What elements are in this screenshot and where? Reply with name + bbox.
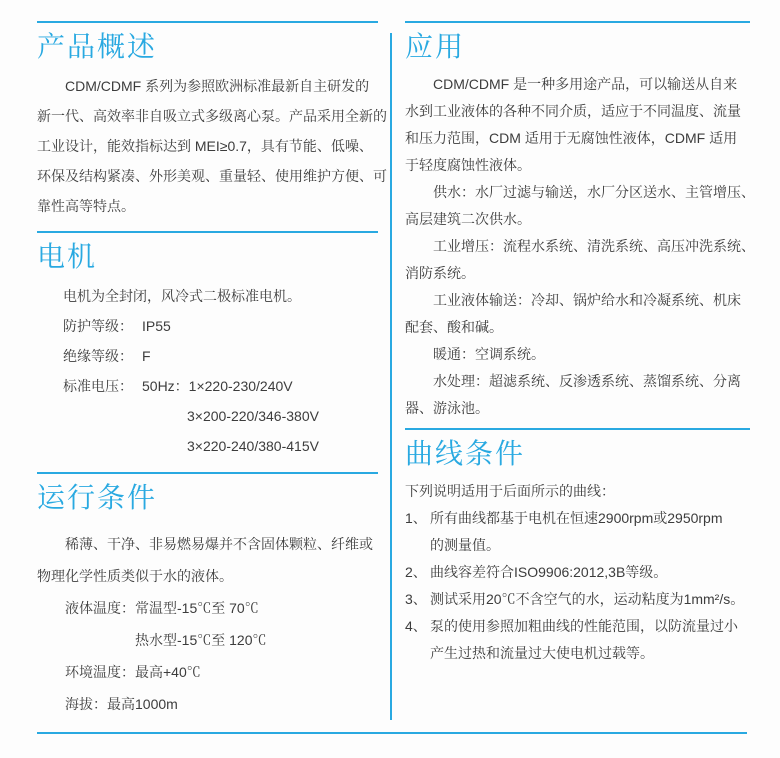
page-bottom-rule xyxy=(37,732,747,734)
section-curve-conditions: 曲线条件 下列说明适用于后面所示的曲线： 1、所有曲线都基于电机在恒速2900r… xyxy=(405,428,750,667)
list-number: 4、 xyxy=(405,613,430,640)
text-line: 工业设计，能效指标达到 MEI≥0.7，具有节能、低噪、 xyxy=(37,131,378,161)
spec-value: 50Hz：1×220-230/240V xyxy=(142,378,293,394)
text-line: 新一代、高效率非自吸立式多级离心泵。产品采用全新的 xyxy=(37,101,378,131)
text-line: 工业增压：流程水系统、清洗系统、高压冲洗系统、 xyxy=(405,233,750,260)
spec-label: 防护等级： xyxy=(63,318,133,334)
operating-conditions-heading: 运行条件 xyxy=(37,480,378,516)
curve-intro-line: 下列说明适用于后面所示的曲线： xyxy=(405,478,750,505)
text-line: 靠性高等特点。 xyxy=(37,191,378,221)
curve-list-continuation: 产生过热和流量过大使电机过载等。 xyxy=(405,640,750,667)
curve-list-continuation: 的测量值。 xyxy=(405,532,750,559)
section-product-overview: 产品概述 CDM/CDMF 系列为参照欧洲标准最新自主研发的 新一代、高效率非自… xyxy=(37,21,378,221)
spec-row: 防护等级：IP55 xyxy=(37,311,378,341)
motor-heading: 电机 xyxy=(37,239,378,275)
text-line: 器、游泳池。 xyxy=(405,395,750,422)
spec-row: 标准电压：50Hz：1×220-230/240V xyxy=(37,371,378,401)
section-application: 应用 CDM/CDMF 是一种多用途产品，可以输送从自来 水到工业液体的各种不同… xyxy=(405,21,750,422)
text-line: 配套、酸和碱。 xyxy=(405,314,750,341)
product-overview-heading: 产品概述 xyxy=(37,29,378,65)
text-line: 高层建筑二次供水。 xyxy=(405,206,750,233)
text-line: 消防系统。 xyxy=(405,260,750,287)
column-divider xyxy=(390,33,392,720)
spec-label: 标准电压： xyxy=(63,378,133,394)
list-item-text: 泵的使用参照加粗曲线的性能范围，以防流量过小 xyxy=(430,613,738,640)
section-motor: 电机 电机为全封闭，风冷式二极标准电机。 防护等级：IP55 绝缘等级：F 标准… xyxy=(37,231,378,461)
text-line: 于轻度腐蚀性液体。 xyxy=(405,152,750,179)
text-line: 电机为全封闭，风冷式二极标准电机。 xyxy=(37,281,378,311)
datasheet-page: 产品概述 CDM/CDMF 系列为参照欧洲标准最新自主研发的 新一代、高效率非自… xyxy=(0,0,780,758)
application-heading: 应用 xyxy=(405,29,750,65)
text-line: 环保及结构紧凑、外形美观、重量轻、使用维护方便、可 xyxy=(37,161,378,191)
curve-list-item: 3、测试采用20℃不含空气的水，运动粘度为1mm²/s。 xyxy=(405,586,750,613)
text-line: 物理化学性质类似于水的液体。 xyxy=(37,560,378,592)
list-item-text: 测试采用20℃不含空气的水，运动粘度为1mm²/s。 xyxy=(430,586,744,613)
text-line: 暖通：空调系统。 xyxy=(405,341,750,368)
text-line: 水到工业液体的各种不同介质，适应于不同温度、流量 xyxy=(405,98,750,125)
list-item-text: 曲线容差符合ISO9906:2012,3B等级。 xyxy=(430,559,667,586)
condition-line: 液体温度：常温型-15℃至 70℃ xyxy=(37,592,378,624)
condition-continuation-line: 热水型-15℃至 120℃ xyxy=(37,624,378,656)
voltage-continuation-line: 3×220-240/380-415V xyxy=(37,431,378,461)
spec-label: 绝缘等级： xyxy=(63,348,133,364)
list-number: 2、 xyxy=(405,559,430,586)
spec-value: IP55 xyxy=(142,318,171,334)
text-line: 工业液体输送：冷却、锅炉给水和冷凝系统、机床 xyxy=(405,287,750,314)
text-line: 水处理：超滤系统、反渗透系统、蒸馏系统、分离 xyxy=(405,368,750,395)
spec-value: F xyxy=(142,348,151,364)
text-line: 稀薄、干净、非易燃易爆并不含固体颗粒、纤维或 xyxy=(37,528,378,560)
list-number: 1、 xyxy=(405,505,430,532)
list-item-text: 所有曲线都基于电机在恒速2900rpm或2950rpm xyxy=(430,505,723,532)
section-operating-conditions: 运行条件 稀薄、干净、非易燃易爆并不含固体颗粒、纤维或 物理化学性质类似于水的液… xyxy=(37,472,378,720)
text-line: CDM/CDMF 是一种多用途产品，可以输送从自来 xyxy=(405,71,750,98)
spec-row: 绝缘等级：F xyxy=(37,341,378,371)
voltage-continuation-line: 3×200-220/346-380V xyxy=(37,401,378,431)
curve-conditions-heading: 曲线条件 xyxy=(405,436,750,472)
curve-list-item: 4、泵的使用参照加粗曲线的性能范围，以防流量过小 xyxy=(405,613,750,640)
text-line: 和压力范围，CDM 适用于无腐蚀性液体，CDMF 适用 xyxy=(405,125,750,152)
curve-list-item: 2、曲线容差符合ISO9906:2012,3B等级。 xyxy=(405,559,750,586)
condition-line: 环境温度：最高+40℃ xyxy=(37,656,378,688)
condition-line: 海拔：最高1000m xyxy=(37,688,378,720)
text-line: CDM/CDMF 系列为参照欧洲标准最新自主研发的 xyxy=(37,71,378,101)
curve-list-item: 1、所有曲线都基于电机在恒速2900rpm或2950rpm xyxy=(405,505,750,532)
text-line: 供水：水厂过滤与输送，水厂分区送水、主管增压、 xyxy=(405,179,750,206)
list-number: 3、 xyxy=(405,586,430,613)
